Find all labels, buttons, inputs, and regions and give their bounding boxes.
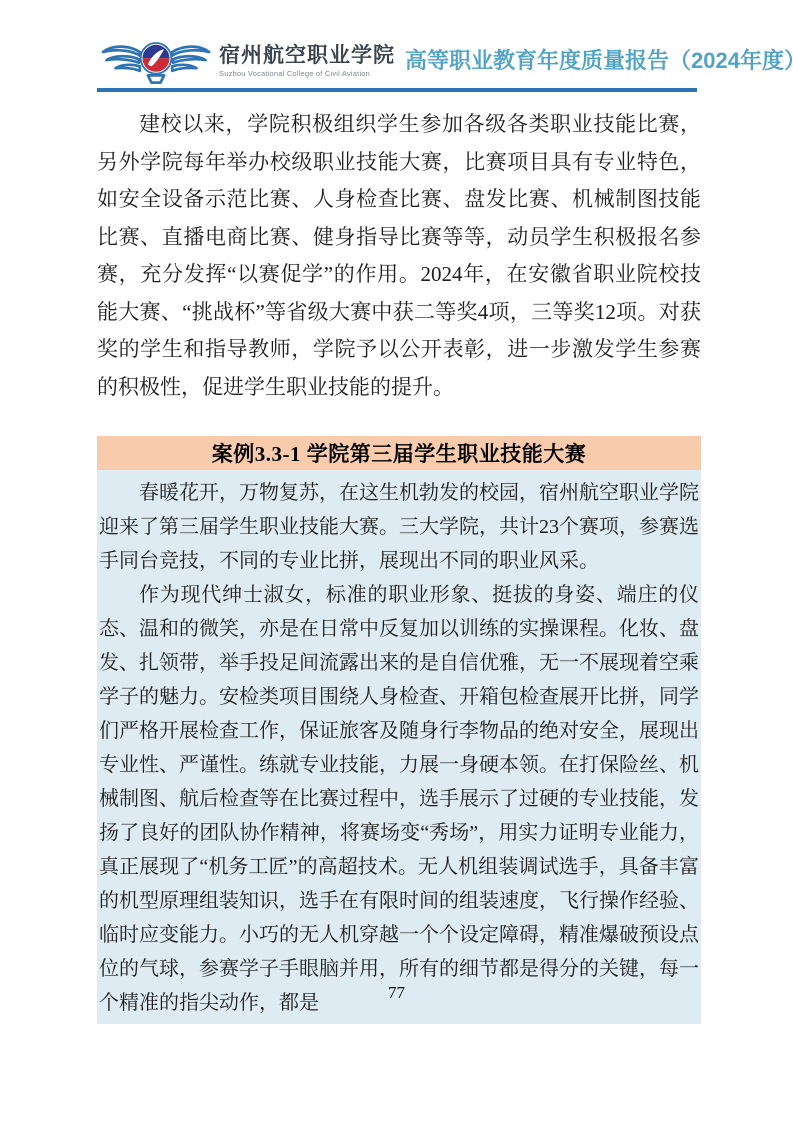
college-name-block: 宿州航空职业学院 Suzhou Vocational College of Ci… [219, 44, 395, 78]
report-title: 高等职业教育年度质量报告（2024年度） [405, 49, 793, 73]
intro-paragraph: 建校以来，学院积极组织学生参加各级各类职业技能比赛，另外学院每年举办校级职业技能… [97, 106, 701, 406]
case-study-title: 案例3.3-1 学院第三届学生职业技能大赛 [97, 436, 701, 470]
document-page: 宿州航空职业学院 Suzhou Vocational College of Ci… [0, 0, 793, 1122]
header-divider-rule [97, 88, 697, 92]
college-name-en: Suzhou Vocational College of Civil Aviat… [219, 69, 395, 78]
case-study-body: 春暖花开，万物复苏，在这生机勃发的校园，宿州航空职业学院迎来了第三届学生职业技能… [97, 470, 701, 1024]
college-name-cn: 宿州航空职业学院 [219, 44, 395, 67]
case-paragraph: 春暖花开，万物复苏，在这生机勃发的校园，宿州航空职业学院迎来了第三届学生职业技能… [99, 476, 699, 578]
page-number: 77 [0, 983, 793, 1003]
case-study-box: 案例3.3-1 学院第三届学生职业技能大赛 春暖花开，万物复苏，在这生机勃发的校… [97, 436, 701, 1024]
page-header: 宿州航空职业学院 Suzhou Vocational College of Ci… [97, 34, 697, 88]
college-logo-emblem-icon [97, 34, 215, 88]
page-content: 建校以来，学院积极组织学生参加各级各类职业技能比赛，另外学院每年举办校级职业技能… [97, 106, 701, 1024]
case-paragraph: 作为现代绅士淑女，标准的职业形象、挺拔的身姿、端庄的仪态、温和的微笑，亦是在日常… [99, 578, 699, 1020]
